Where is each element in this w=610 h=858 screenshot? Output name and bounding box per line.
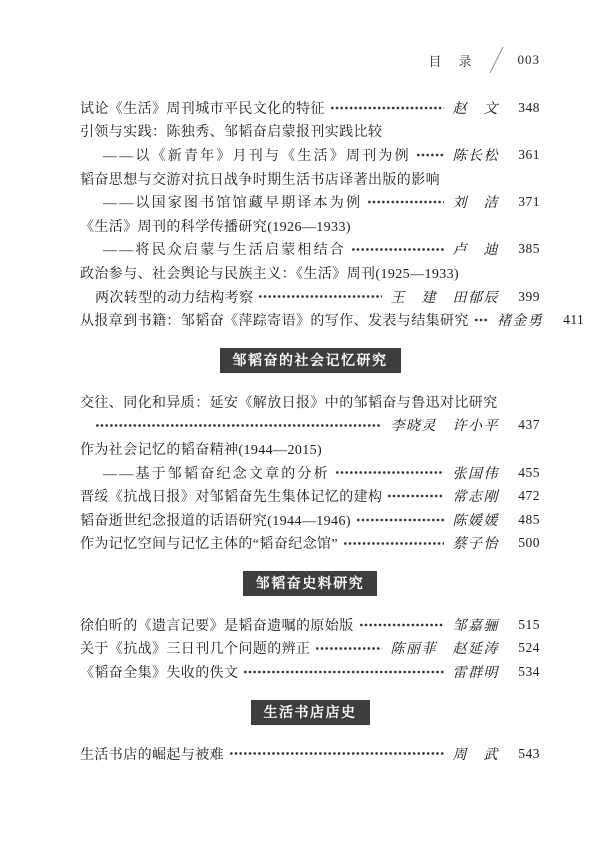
entry-author: 赵 文 bbox=[453, 98, 500, 118]
section-heading-badge: 邹韬奋的社会记忆研究 bbox=[220, 348, 401, 373]
entry-author: 刘 洁 bbox=[453, 192, 500, 212]
entry-author: 蔡子怡 bbox=[453, 533, 500, 553]
toc-entry: 徐伯昕的《遗言记要》是韬奋遗嘱的原始版 邹嘉骊 515 bbox=[80, 613, 540, 637]
section-heading: 邹韬奋的社会记忆研究 bbox=[80, 348, 540, 373]
entry-author: 卢 迪 bbox=[453, 239, 500, 259]
entry-author: 邹嘉骊 bbox=[453, 615, 500, 635]
entry-title: 交往、同化和异质：延安《解放日报》中的邹韬奋与鲁迅对比研究 bbox=[80, 392, 498, 412]
section-heading: 生活书店店史 bbox=[80, 700, 540, 725]
dot-leader bbox=[416, 143, 444, 167]
slash-divider-icon bbox=[487, 45, 505, 75]
entry-author: 常志刚 bbox=[453, 486, 500, 506]
entry-title: 政治参与、社会舆论与民族主义：《生活》周刊(1925—1933) bbox=[80, 263, 459, 283]
toc-entry-title-only: 作为社会记忆的韬奋精神(1944—2015) bbox=[80, 437, 540, 461]
toc-entry-continuation: 两次转型的动力结构考察 王 建 田郁辰 399 bbox=[80, 285, 540, 309]
toc-entry-continuation: ——以国家图书馆馆藏早期译本为例 刘 洁 371 bbox=[80, 190, 540, 214]
toc-entry: 试论《生活》周刊城市平民文化的特征 赵 文 348 bbox=[80, 96, 540, 120]
section-heading-badge: 邹韬奋史料研究 bbox=[243, 571, 378, 596]
toc-entry-continuation: 李晓灵 许小平 437 bbox=[80, 414, 540, 438]
entry-title: 韬奋思想与交游对抗日战争时期生活书店译著出版的影响 bbox=[80, 169, 440, 189]
entry-title: 关于《抗战》三日刊几个问题的辨正 bbox=[80, 638, 310, 658]
toc-entry-title-only: 引领与实践：陈独秀、邹韬奋启蒙报刊实践比较 bbox=[80, 120, 540, 144]
dot-leader bbox=[315, 637, 381, 661]
dot-leader bbox=[356, 508, 444, 532]
toc-list: 试论《生活》周刊城市平民文化的特征 赵 文 348 引领与实践：陈独秀、邹韬奋启… bbox=[80, 96, 540, 765]
entry-subtitle: ——基于邹韬奋纪念文章的分析 bbox=[103, 463, 330, 483]
dot-leader bbox=[367, 190, 443, 214]
toc-entry: 《韬奋全集》失收的佚文 雷群明 534 bbox=[80, 660, 540, 684]
running-header: 目 录 003 bbox=[80, 48, 540, 72]
entry-title: 韬奋逝世纪念报道的话语研究(1944—1946) bbox=[80, 510, 351, 530]
entry-title: 从报章到书籍：邹韬奋《萍踪寄语》的写作、发表与结集研究 bbox=[80, 310, 469, 330]
entry-page: 534 bbox=[512, 664, 540, 680]
entry-page: 399 bbox=[512, 289, 540, 305]
toc-entry: 生活书店的崛起与被难 周 武 543 bbox=[80, 742, 540, 766]
entry-page: 437 bbox=[512, 417, 540, 433]
header-title: 目 录 bbox=[428, 51, 473, 70]
header-page-number: 003 bbox=[518, 52, 541, 68]
entry-subtitle: ——将民众启蒙与生活启蒙相结合 bbox=[103, 239, 346, 259]
entry-title: 《韬奋全集》失收的佚文 bbox=[80, 662, 238, 682]
dot-leader bbox=[351, 238, 444, 262]
toc-entry-title-only: 韬奋思想与交游对抗日战争时期生活书店译著出版的影响 bbox=[80, 167, 540, 191]
dot-leader bbox=[95, 414, 382, 438]
toc-entry: 关于《抗战》三日刊几个问题的辨正 陈丽菲 赵延涛 524 bbox=[80, 637, 540, 661]
dot-leader bbox=[335, 461, 444, 485]
entry-title: 试论《生活》周刊城市平民文化的特征 bbox=[80, 98, 325, 118]
toc-entry: 从报章到书籍：邹韬奋《萍踪寄语》的写作、发表与结集研究 褚金勇 411 bbox=[80, 308, 540, 332]
entry-title: 徐伯昕的《遗言记要》是韬奋遗嘱的原始版 bbox=[80, 615, 354, 635]
entry-title: 作为社会记忆的韬奋精神(1944—2015) bbox=[80, 439, 322, 459]
entry-page: 455 bbox=[512, 465, 540, 481]
entry-author: 张国伟 bbox=[453, 463, 500, 483]
toc-entry-continuation: ——基于邹韬奋纪念文章的分析 张国伟 455 bbox=[80, 461, 540, 485]
entry-page: 485 bbox=[512, 512, 540, 528]
entry-title: 生活书店的崛起与被难 bbox=[80, 744, 224, 764]
entry-author: 雷群明 bbox=[453, 662, 500, 682]
entry-author: 褚金勇 bbox=[497, 310, 544, 330]
entry-title: 引领与实践：陈独秀、邹韬奋启蒙报刊实践比较 bbox=[80, 121, 382, 141]
dot-leader bbox=[330, 96, 444, 120]
toc-entry: 晋绥《抗战日报》对邹韬奋先生集体记忆的建构 常志刚 472 bbox=[80, 484, 540, 508]
toc-entry: 韬奋逝世纪念报道的话语研究(1944—1946) 陈媛媛 485 bbox=[80, 508, 540, 532]
entry-page: 371 bbox=[512, 194, 540, 210]
toc-entry-title-only: 政治参与、社会舆论与民族主义：《生活》周刊(1925—1933) bbox=[80, 261, 540, 285]
entry-page: 411 bbox=[556, 312, 584, 328]
entry-page: 524 bbox=[512, 640, 540, 656]
entry-author: 周 武 bbox=[453, 744, 500, 764]
toc-entry-continuation: ——将民众启蒙与生活启蒙相结合 卢 迪 385 bbox=[80, 238, 540, 262]
dot-leader bbox=[343, 532, 443, 556]
entry-title: 《生活》周刊的科学传播研究(1926—1933) bbox=[80, 216, 351, 236]
entry-subtitle: ——以《新青年》月刊与《生活》周刊为例 bbox=[103, 145, 411, 165]
entry-subtitle: ——以国家图书馆馆藏早期译本为例 bbox=[103, 192, 362, 212]
entry-author: 李晓灵 许小平 bbox=[391, 415, 500, 435]
dot-leader bbox=[243, 660, 443, 684]
toc-page: 目 录 003 试论《生活》周刊城市平民文化的特征 赵 文 348 引领与实践：… bbox=[0, 0, 610, 858]
entry-subtitle: 两次转型的动力结构考察 bbox=[95, 287, 253, 307]
section-heading: 邹韬奋史料研究 bbox=[80, 571, 540, 596]
entry-title: 作为记忆空间与记忆主体的“韬奋纪念馆” bbox=[80, 533, 338, 553]
entry-author: 陈丽菲 赵延涛 bbox=[391, 638, 500, 658]
dot-leader bbox=[359, 613, 444, 637]
entry-author: 陈媛媛 bbox=[453, 510, 500, 530]
entry-page: 500 bbox=[512, 535, 540, 551]
dot-leader bbox=[258, 285, 381, 309]
entry-page: 472 bbox=[512, 488, 540, 504]
toc-entry: 作为记忆空间与记忆主体的“韬奋纪念馆” 蔡子怡 500 bbox=[80, 532, 540, 556]
entry-page: 361 bbox=[512, 147, 540, 163]
toc-entry-title-only: 《生活》周刊的科学传播研究(1926—1933) bbox=[80, 214, 540, 238]
entry-page: 543 bbox=[512, 746, 540, 762]
section-heading-badge: 生活书店店史 bbox=[251, 700, 370, 725]
entry-author: 陈长松 bbox=[453, 145, 500, 165]
entry-title: 晋绥《抗战日报》对邹韬奋先生集体记忆的建构 bbox=[80, 486, 382, 506]
dot-leader bbox=[474, 308, 488, 332]
dot-leader bbox=[229, 742, 444, 766]
entry-page: 385 bbox=[512, 241, 540, 257]
entry-author: 王 建 田郁辰 bbox=[391, 287, 500, 307]
dot-leader bbox=[387, 484, 443, 508]
entry-page: 515 bbox=[512, 617, 540, 633]
toc-entry-title-only: 交往、同化和异质：延安《解放日报》中的邹韬奋与鲁迅对比研究 bbox=[80, 390, 540, 414]
entry-page: 348 bbox=[512, 100, 540, 116]
toc-entry-continuation: ——以《新青年》月刊与《生活》周刊为例 陈长松 361 bbox=[80, 143, 540, 167]
